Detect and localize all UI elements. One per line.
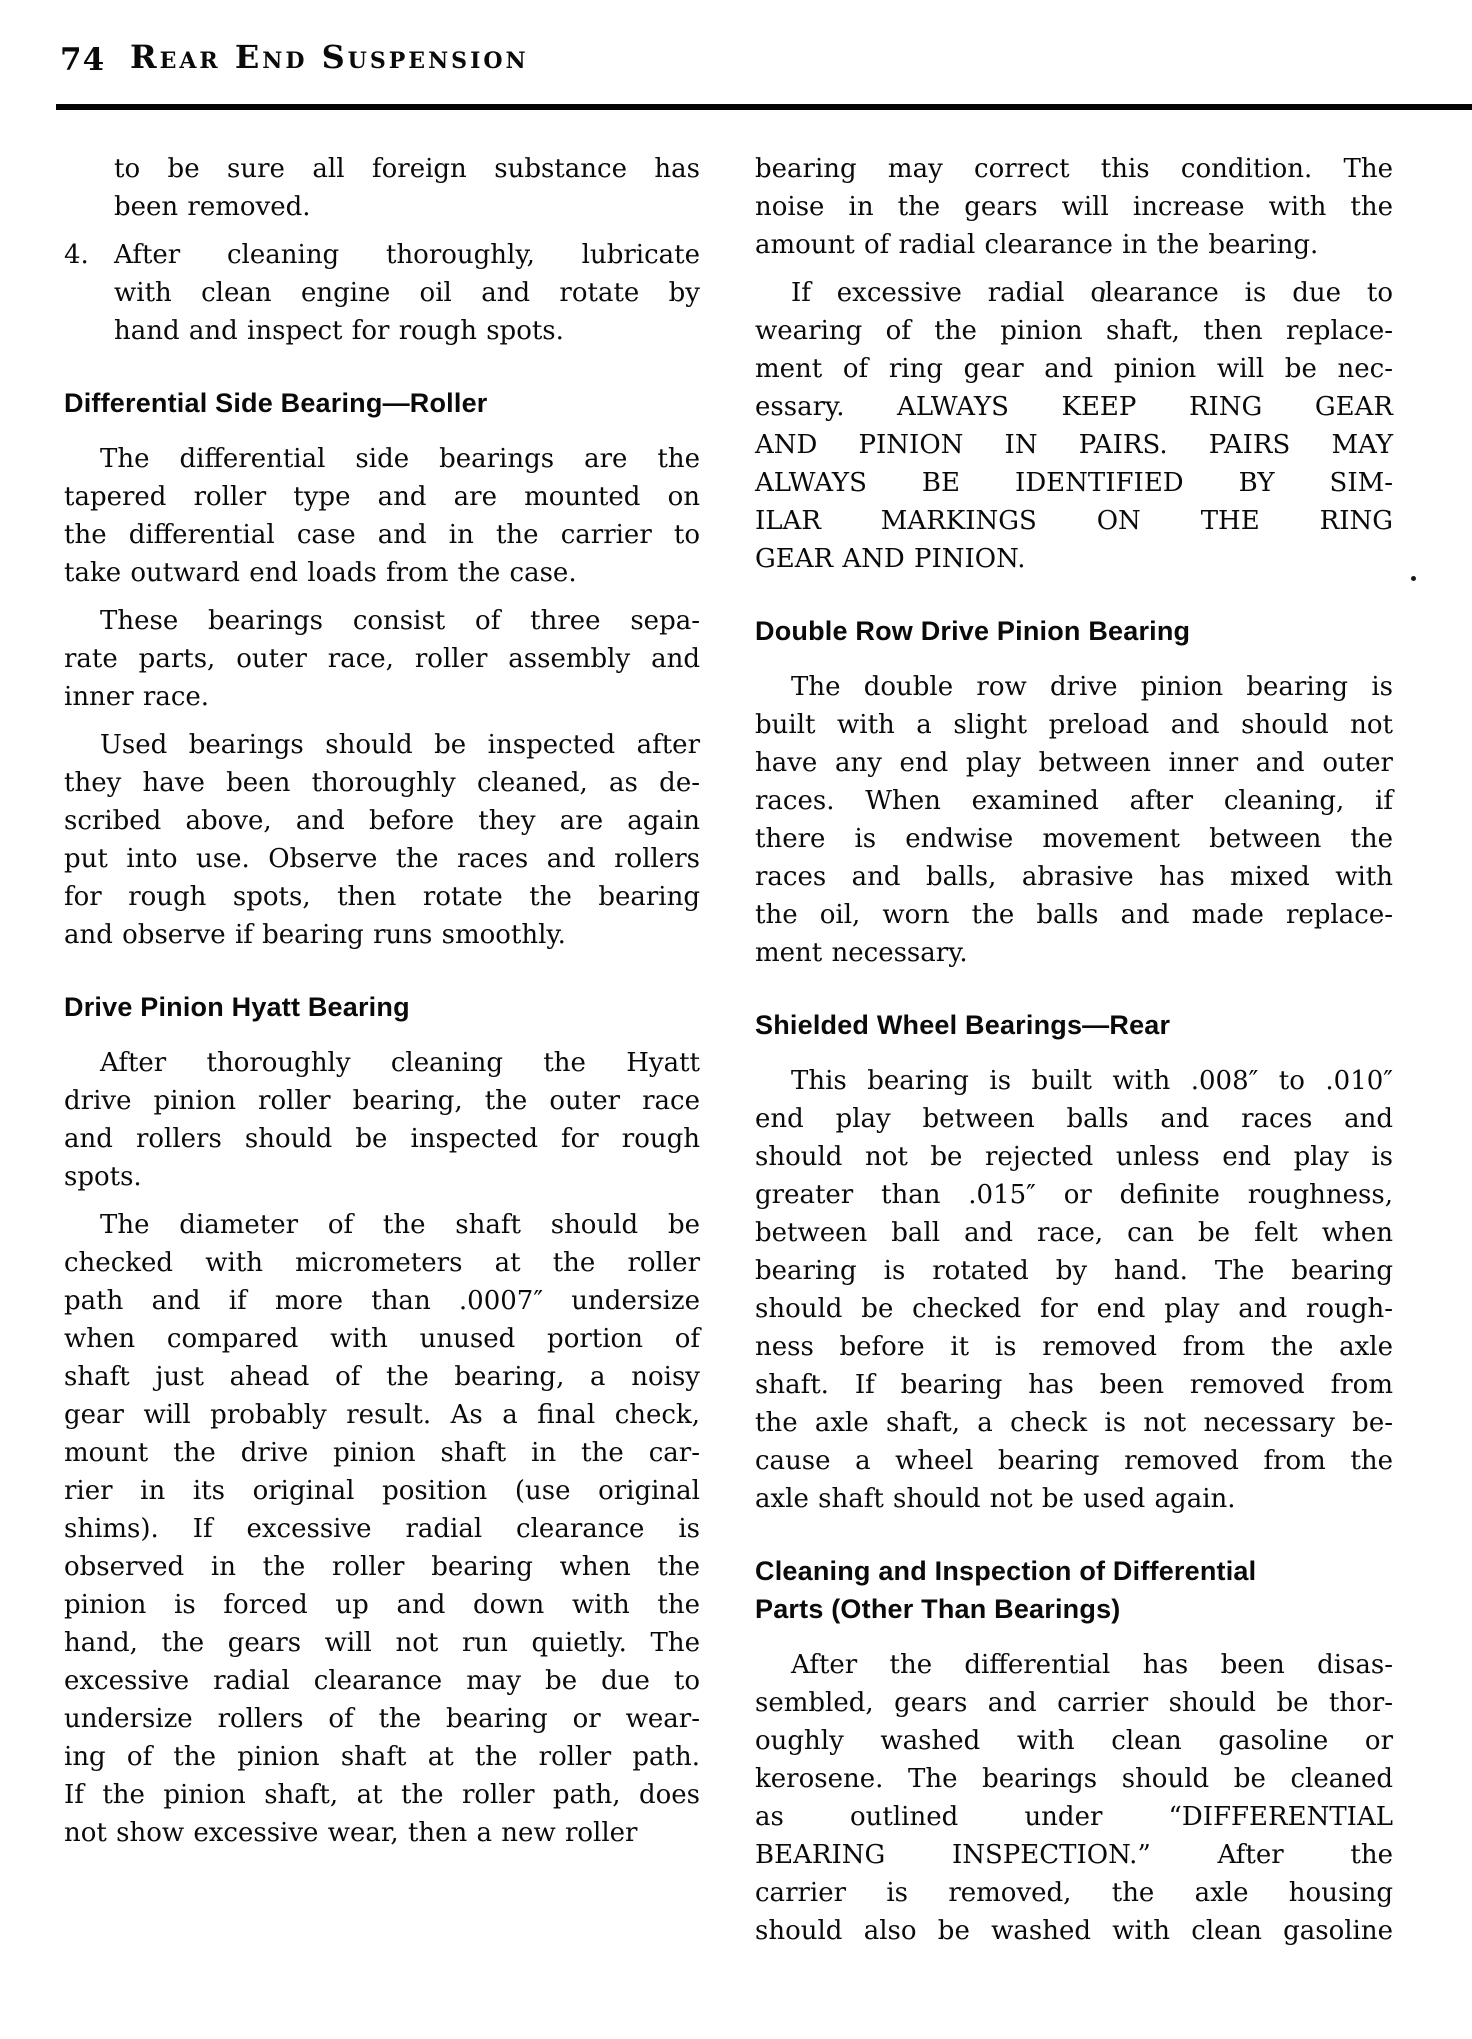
header-rule <box>56 104 1472 110</box>
text-line: and observe if bearing runs smoothly. <box>64 916 700 954</box>
text-line: shaft just ahead of the bearing, a noisy <box>64 1358 700 1396</box>
text-line: ness before it is removed from the axle <box>755 1328 1393 1366</box>
text-line: the axle shaft, a check is not necessary… <box>755 1404 1393 1442</box>
text-line: races. When examined after cleaning, if <box>755 782 1393 820</box>
text-line: Used bearings should be inspected after <box>64 726 700 764</box>
section-heading: Drive Pinion Hyatt Bearing <box>64 988 700 1026</box>
text-line: when compared with unused portion of <box>64 1320 700 1358</box>
text-line: there is endwise movement between the <box>755 820 1393 858</box>
text-line: After thoroughly cleaning the Hyatt <box>64 1044 700 1082</box>
text-line: the oil, worn the balls and made replace… <box>755 896 1393 934</box>
text-line: The differential side bearings are the <box>64 440 700 478</box>
text-line: After cleaning thoroughly, lubricate <box>114 236 700 274</box>
text-line: oughly washed with clean gasoline or <box>755 1722 1393 1760</box>
text-line: ment necessary. <box>755 934 1393 972</box>
heading-line: Double Row Drive Pinion Bearing <box>755 612 1393 650</box>
text-line: BEARING INSPECTION.” After the <box>755 1836 1393 1874</box>
text-line: as outlined under “DIFFERENTIAL <box>755 1798 1393 1836</box>
paragraph: After the differential has been disas-se… <box>755 1646 1393 1950</box>
text-line: drive pinion roller bearing, the outer r… <box>64 1082 700 1120</box>
text-line: mount the drive pinion shaft in the car- <box>64 1434 700 1472</box>
text-line: and rollers should be inspected for roug… <box>64 1120 700 1158</box>
text-line: end play between balls and races and <box>755 1100 1393 1138</box>
text-line: take outward end loads from the case. <box>64 554 700 592</box>
text-line: After the differential has been disas- <box>755 1646 1393 1684</box>
text-line: should also be washed with clean gasolin… <box>755 1912 1393 1950</box>
text-line: hand, the gears will not run quietly. Th… <box>64 1624 700 1662</box>
page-title: Rear End Suspension <box>130 38 529 76</box>
text-line: carrier is removed, the axle housing <box>755 1874 1393 1912</box>
text-line: These bearings consist of three sepa- <box>64 602 700 640</box>
list-number: 4. <box>64 236 89 274</box>
section-heading: Cleaning and Inspection of DifferentialP… <box>755 1552 1393 1628</box>
section-heading: Shielded Wheel Bearings—Rear <box>755 1006 1393 1044</box>
text-line: tapered roller type and are mounted on <box>64 478 700 516</box>
text-line: ALWAYS BE IDENTIFIED BY SIM- <box>755 464 1393 502</box>
text-line: inner race. <box>64 678 700 716</box>
paragraph: These bearings consist of three sepa-rat… <box>64 602 700 716</box>
text-line: path and if more than .0007″ undersize <box>64 1282 700 1320</box>
text-line: noise in the gears will increase with th… <box>755 188 1393 226</box>
text-line: amount of radial clearance in the bearin… <box>755 226 1393 264</box>
heading-line: Parts (Other Than Bearings) <box>755 1590 1393 1628</box>
text-line: axle shaft should not be used again. <box>755 1480 1393 1518</box>
page-number: 74 <box>60 42 105 78</box>
text-line: gear will probably result. As a final ch… <box>64 1396 700 1434</box>
section-heading: Differential Side Bearing—Roller <box>64 384 700 422</box>
heading-line: Shielded Wheel Bearings—Rear <box>755 1006 1393 1044</box>
paragraph: After thoroughly cleaning the Hyattdrive… <box>64 1044 700 1196</box>
text-line: ment of ring gear and pinion will be nec… <box>755 350 1393 388</box>
left-column: to be sure all foreign substance hasbeen… <box>64 150 700 1862</box>
text-line: scribed above, and before they are again <box>64 802 700 840</box>
text-line: ing of the pinion shaft at the roller pa… <box>64 1738 700 1776</box>
list-item: 4.After cleaning thoroughly, lubricatewi… <box>64 236 700 350</box>
text-line: for rough spots, then rotate the bearing <box>64 878 700 916</box>
text-line: been removed. <box>114 188 700 226</box>
text-line: the differential case and in the carrier… <box>64 516 700 554</box>
text-line: between ball and race, can be felt when <box>755 1214 1393 1252</box>
text-line: to be sure all foreign substance has <box>114 150 700 188</box>
text-line: they have been thoroughly cleaned, as de… <box>64 764 700 802</box>
text-line: wearing of the pinion shaft, then replac… <box>755 312 1393 350</box>
text-line: shims). If excessive radial clearance is <box>64 1510 700 1548</box>
text-line: bearing may correct this condition. The <box>755 150 1393 188</box>
text-line: rate parts, outer race, roller assembly … <box>64 640 700 678</box>
text-line: GEAR AND PINION. <box>755 540 1393 578</box>
text-line: excessive radial clearance may be due to <box>64 1662 700 1700</box>
text-line: This bearing is built with .008″ to .010… <box>755 1062 1393 1100</box>
text-line: should not be rejected unless end play i… <box>755 1138 1393 1176</box>
paragraph: This bearing is built with .008″ to .010… <box>755 1062 1393 1518</box>
paragraph: The diameter of the shaft should becheck… <box>64 1206 700 1852</box>
text-line: kerosene. The bearings should be cleaned <box>755 1760 1393 1798</box>
text-line: rier in its original position (use origi… <box>64 1472 700 1510</box>
text-line: races and balls, abrasive has mixed with <box>755 858 1393 896</box>
text-line: put into use. Observe the races and roll… <box>64 840 700 878</box>
text-line: If excessive radial clearance is due to <box>755 274 1393 312</box>
paragraph: The differential side bearings are theta… <box>64 440 700 592</box>
paragraph: bearing may correct this condition. Then… <box>755 150 1393 264</box>
text-line: have any end play between inner and oute… <box>755 744 1393 782</box>
scan-speck <box>1411 576 1416 581</box>
text-line: The diameter of the shaft should be <box>64 1206 700 1244</box>
manual-page: 74 Rear End Suspension to be sure all fo… <box>0 0 1472 2039</box>
text-line: observed in the roller bearing when the <box>64 1548 700 1586</box>
text-line: bearing is rotated by hand. The bearing <box>755 1252 1393 1290</box>
text-line: greater than .015″ or definite roughness… <box>755 1176 1393 1214</box>
text-line: shaft. If bearing has been removed from <box>755 1366 1393 1404</box>
text-line: with clean engine oil and rotate by <box>114 274 700 312</box>
text-line: pinion is forced up and down with the <box>64 1586 700 1624</box>
text-line: AND PINION IN PAIRS. PAIRS MAY <box>755 426 1393 464</box>
text-line: checked with micrometers at the roller <box>64 1244 700 1282</box>
heading-line: Cleaning and Inspection of Differential <box>755 1552 1393 1590</box>
text-line: undersize rollers of the bearing or wear… <box>64 1700 700 1738</box>
text-line: If the pinion shaft, at the roller path,… <box>64 1776 700 1814</box>
paragraph: to be sure all foreign substance hasbeen… <box>64 150 700 226</box>
text-line: should be checked for end play and rough… <box>755 1290 1393 1328</box>
paragraph: The double row drive pinion bearing isbu… <box>755 668 1393 972</box>
text-line: ILAR MARKINGS ON THE RING <box>755 502 1393 540</box>
paragraph: If excessive radial clearance is due tow… <box>755 274 1393 578</box>
text-line: hand and inspect for rough spots. <box>114 312 700 350</box>
text-line: essary. ALWAYS KEEP RING GEAR <box>755 388 1393 426</box>
section-heading: Double Row Drive Pinion Bearing <box>755 612 1393 650</box>
text-line: sembled, gears and carrier should be tho… <box>755 1684 1393 1722</box>
heading-line: Differential Side Bearing—Roller <box>64 384 700 422</box>
text-line: not show excessive wear, then a new roll… <box>64 1814 700 1852</box>
text-line: The double row drive pinion bearing is <box>755 668 1393 706</box>
text-line: cause a wheel bearing removed from the <box>755 1442 1393 1480</box>
text-line: spots. <box>64 1158 700 1196</box>
paragraph: Used bearings should be inspected aftert… <box>64 726 700 954</box>
text-line: built with a slight preload and should n… <box>755 706 1393 744</box>
heading-line: Drive Pinion Hyatt Bearing <box>64 988 700 1026</box>
right-column: bearing may correct this condition. Then… <box>755 150 1393 1960</box>
